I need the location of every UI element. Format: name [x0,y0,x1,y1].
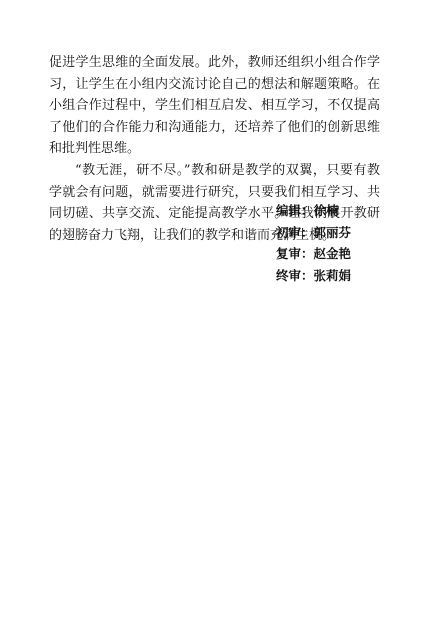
credit-first-review: 初审：郭丽芬 [276,222,351,244]
credit-second-review: 复审：赵金艳 [276,243,351,265]
credit-editor: 编辑：徐楠 [276,200,351,222]
paragraph-continued: 促进学生思维的全面发展。此外，教师还组织小组合作学习，让学生在小组内交流讨论自己… [49,52,380,160]
credits-block: 编辑：徐楠 初审：郭丽芬 复审：赵金艳 终审：张莉娟 [276,200,351,287]
credit-final-review: 终审：张莉娟 [276,265,351,287]
